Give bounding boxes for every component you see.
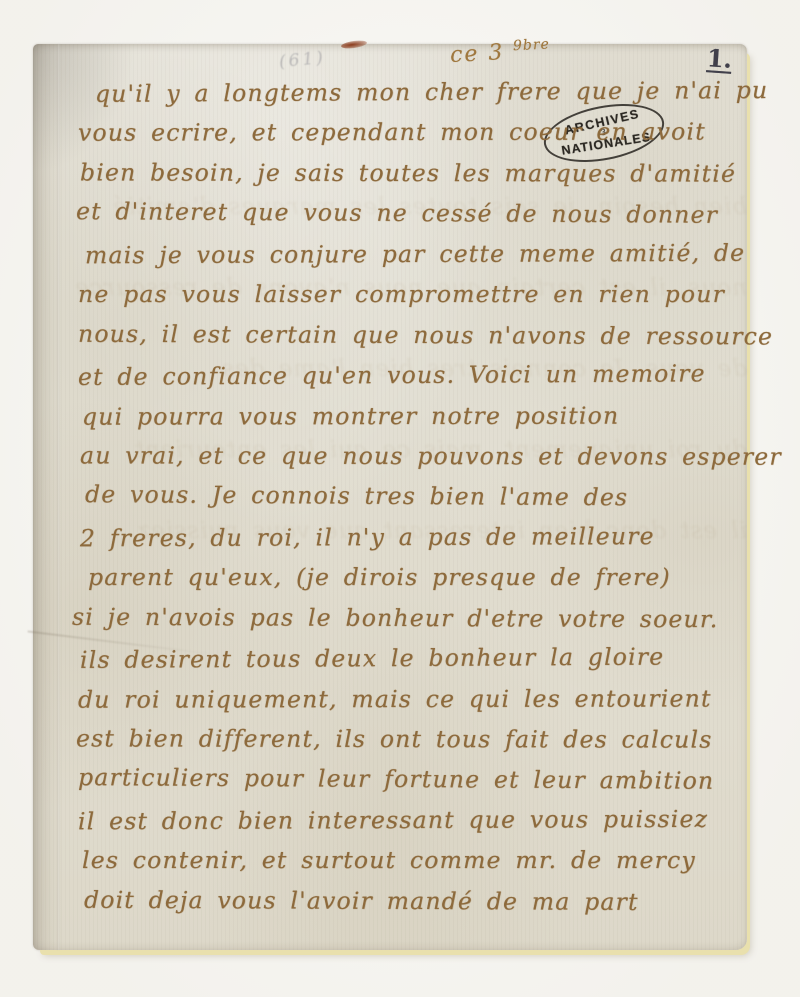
letter-line: parent qu'eux, (je dirois presque de fre… (88, 563, 743, 603)
pencil-scribble: (61) (278, 48, 327, 73)
date-annotation-text: ce 3 (449, 40, 505, 68)
letter-line: vous ecrire, et cependant mon coeur en a… (78, 118, 743, 160)
letter-line: particuliers pour leur fortune et leur a… (78, 764, 743, 808)
letter-line: mais je vous conjure par cette meme amit… (85, 238, 743, 281)
letter-line: 2 freres, du roi, il n'y a pas de meille… (80, 522, 743, 565)
letter-line: si je n'avois pas le bonheur d'etre votr… (72, 602, 743, 645)
scanned-letter-scene: (61) ce 3 9bre 1. ARCHIVES 3 NATIONALES … (0, 0, 800, 997)
letter-line: bien besoin, je sais toutes les marques … (80, 158, 743, 200)
letter-line: et de confiance qu'en vous. Voici un mem… (78, 359, 743, 403)
letter-line: ils desirent tous deux le bonheur la glo… (80, 642, 743, 686)
letter-line: les contenir, et surtout comme mr. de me… (82, 846, 743, 886)
rust-stain (341, 39, 368, 50)
letter-line: et d'interet que vous ne cessé de nous d… (76, 197, 743, 241)
letter-line: ne pas vous laisser compromettre en rien… (78, 280, 743, 320)
folio-number: 1. (706, 43, 733, 74)
letter-line: nous, il est certain que nous n'avons de… (78, 319, 743, 362)
letter-body: qu'il y a longtems mon cher frere que je… (71, 78, 743, 927)
letter-line: au vrai, et ce que nous pouvons et devon… (80, 441, 743, 483)
date-annotation-superscript: 9bre (513, 36, 551, 54)
vertical-fold-crease (57, 44, 60, 950)
date-annotation: ce 3 9bre (449, 36, 550, 68)
letter-line: qu'il y a longtems mon cher frere que je… (95, 76, 743, 120)
letter-page: (61) ce 3 9bre 1. ARCHIVES 3 NATIONALES … (33, 44, 747, 950)
letter-line: doit deja vous l'avoir mandé de ma part (84, 885, 743, 928)
letter-line: du roi uniquement, mais ce qui les entou… (78, 684, 743, 726)
letter-line: est bien different, ils ont tous fait de… (76, 724, 743, 766)
letter-line: qui pourra vous montrer notre position (82, 401, 743, 443)
letter-line: il est donc bien interessant que vous pu… (78, 805, 743, 848)
letter-line: de vous. Je connois tres bien l'ame des (85, 480, 743, 524)
